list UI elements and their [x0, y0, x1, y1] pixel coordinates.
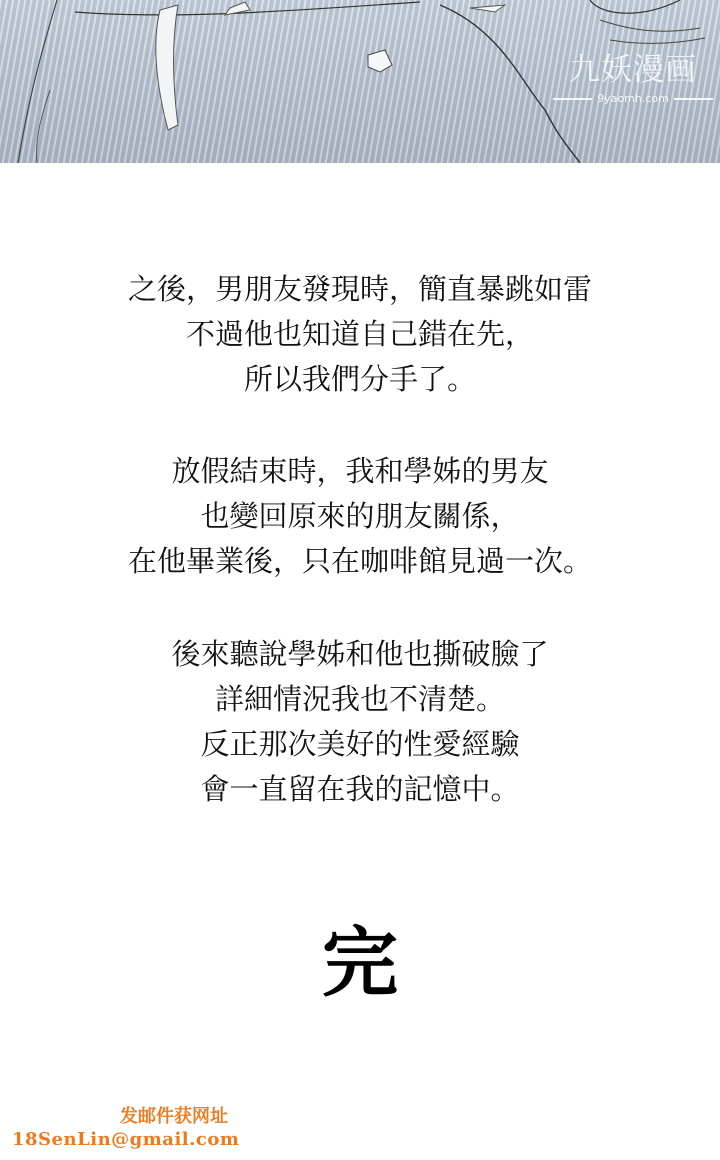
- story-paragraph-3: 後來聽說學姊和他也撕破臉了 詳細情況我也不清楚。 反正那次美好的性愛經驗 會一直…: [0, 632, 720, 812]
- end-mark: 完: [0, 918, 720, 1008]
- watermark-url-row: 9yaomh.com: [553, 92, 713, 105]
- contact-email: 18SenLin@gmail.com: [0, 1128, 250, 1152]
- story-line: 後來聽說學姊和他也撕破臉了: [0, 632, 720, 677]
- contact-block: 发邮件获网址 18SenLin@gmail.com: [0, 1106, 250, 1152]
- story-line: 不過他也知道自己錯在先，: [0, 312, 720, 357]
- watermark: 九妖漫画 9yaomh.com: [553, 52, 713, 105]
- story-line: 之後，男朋友發現時，簡直暴跳如雷: [0, 267, 720, 312]
- story-line: 反正那次美好的性愛經驗: [0, 722, 720, 767]
- watermark-title: 九妖漫画: [553, 52, 713, 88]
- story-paragraph-2: 放假結束時，我和學姊的男友 也變回原來的朋友關係， 在他畢業後，只在咖啡館見過一…: [0, 449, 720, 584]
- story-line: 在他畢業後，只在咖啡館見過一次。: [0, 539, 720, 584]
- comic-panel-artwork: 九妖漫画 9yaomh.com: [0, 0, 720, 163]
- story-line: 詳細情況我也不清楚。: [0, 677, 720, 722]
- story-line: 也變回原來的朋友關係，: [0, 494, 720, 539]
- story-line: 放假結束時，我和學姊的男友: [0, 449, 720, 494]
- divider: [553, 98, 592, 100]
- story-line: 會一直留在我的記憶中。: [0, 767, 720, 812]
- story-paragraph-1: 之後，男朋友發現時，簡直暴跳如雷 不過他也知道自己錯在先， 所以我們分手了。: [0, 267, 720, 402]
- watermark-url: 9yaomh.com: [597, 92, 669, 105]
- story-line: 所以我們分手了。: [0, 357, 720, 402]
- contact-title: 发邮件获网址: [0, 1106, 250, 1128]
- divider: [674, 98, 713, 100]
